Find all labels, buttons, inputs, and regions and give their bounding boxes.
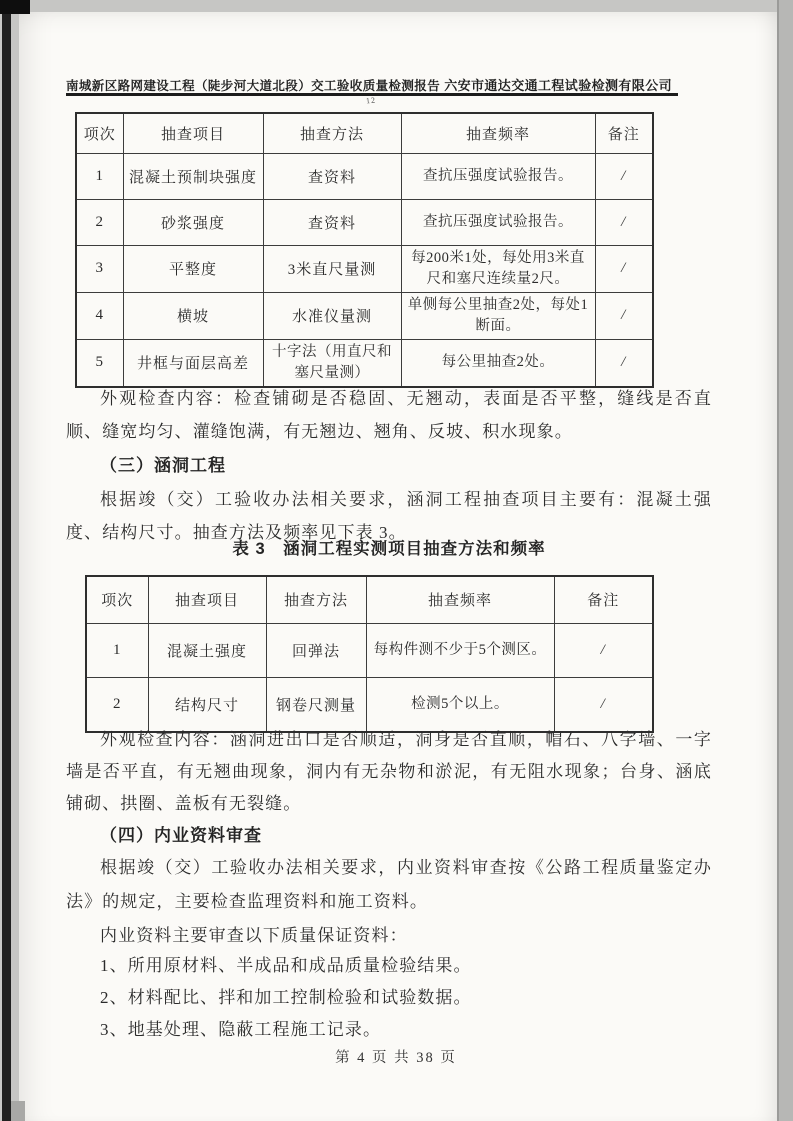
table-cell: 横坡 <box>123 292 263 339</box>
report-header-company: 六安市通达交通工程试验检测有限公司 <box>444 75 672 94</box>
page-number-footer: 第 4 页 共 38 页 <box>66 1046 726 1067</box>
table-cell: 每公里抽查2处。 <box>401 339 595 387</box>
table-cell: 2 <box>76 199 123 245</box>
table-cell: 3 <box>76 245 123 292</box>
list-item-mix-control: 2、材料配比、拌和加工控制检验和试验数据。 <box>66 981 712 1014</box>
table-cell: 查资料 <box>263 199 401 245</box>
report-header-title: 南城新区路网建设工程（陡步河大道北段）交工验收质量检测报告 <box>66 76 440 94</box>
table-cell: 1 <box>86 623 148 677</box>
table-cell: 5 <box>76 339 123 387</box>
section-heading-internal-data: （四）内业资料审查 <box>66 819 712 853</box>
table-header-row: 项次 抽查项目 抽查方法 抽查频率 备注 <box>86 576 653 623</box>
table-header-cell: 抽查频率 <box>366 576 554 623</box>
table-cell: / <box>595 245 653 292</box>
table-cell: 回弹法 <box>266 623 366 677</box>
para-internal-list-intro: 内业资料主要审查以下质量保证资料： <box>66 919 712 953</box>
table-header-cell: 项次 <box>86 576 148 623</box>
table-cell: 1 <box>76 153 123 199</box>
table-cell: 查抗压强度试验报告。 <box>401 153 595 199</box>
table-header-cell: 抽查项目 <box>148 576 266 623</box>
table-cell: 十字法（用直尺和塞尺量测） <box>263 339 401 387</box>
table-cell: 单侧每公里抽查2处，每处1断面。 <box>401 292 595 339</box>
table-header-row: 项次 抽查项目 抽查方法 抽查频率 备注 <box>76 113 653 153</box>
table-cell: / <box>595 199 653 245</box>
table-cell: 井框与面层高差 <box>123 339 263 387</box>
table-header-cell: 抽查方法 <box>263 113 401 153</box>
table-header-cell: 抽查方法 <box>266 576 366 623</box>
table-row: 5 井框与面层高差 十字法（用直尺和塞尺量测） 每公里抽查2处。 / <box>76 339 653 387</box>
pavement-sampling-table: 项次 抽查项目 抽查方法 抽查频率 备注 1 混凝土预制块强度 查资料 查抗压强… <box>75 112 654 388</box>
page-content: 南城新区路网建设工程（陡步河大道北段）交工验收质量检测报告 六安市通达交通工程试… <box>0 0 793 1121</box>
table-cell: / <box>595 292 653 339</box>
para-internal-intro: 根据竣（交）工验收办法相关要求，内业资料审查按《公路工程质量鉴定办法》的规定，主… <box>66 851 712 919</box>
list-item-foundation-records: 3、地基处理、隐蔽工程施工记录。 <box>66 1013 712 1046</box>
table-header-cell: 备注 <box>554 576 653 623</box>
table-header-cell: 抽查项目 <box>123 113 263 153</box>
table-cell: / <box>595 153 653 199</box>
scan-artifact-mark: 12 <box>366 96 377 106</box>
table-cell: 每构件测不少于5个测区。 <box>366 623 554 677</box>
para-culvert-appearance: 外观检查内容：涵洞进出口是否顺适，洞身是否直顺，帽石、八字墙、一字墙是否平直，有… <box>66 724 712 820</box>
para-pavement-appearance: 外观检查内容：检查铺砌是否稳固、无翘动，表面是否平整，缝线是否直顺、缝宽均匀、灌… <box>66 382 712 448</box>
table-cell: 查资料 <box>263 153 401 199</box>
list-item-materials: 1、所用原材料、半成品和成品质量检验结果。 <box>66 949 712 982</box>
table-cell: / <box>554 623 653 677</box>
table-cell: 混凝土强度 <box>148 623 266 677</box>
table-row: 1 混凝土预制块强度 查资料 查抗压强度试验报告。 / <box>76 153 653 199</box>
table-cell: 混凝土预制块强度 <box>123 153 263 199</box>
section-heading-culvert: （三）涵洞工程 <box>66 449 712 483</box>
table-row: 2 砂浆强度 查资料 查抗压强度试验报告。 / <box>76 199 653 245</box>
culvert-sampling-table: 项次 抽查项目 抽查方法 抽查频率 备注 1 混凝土强度 回弹法 每构件测不少于… <box>85 575 654 733</box>
table-row: 4 横坡 水准仪量测 单侧每公里抽查2处，每处1断面。 / <box>76 292 653 339</box>
table3-title: 表 3 涵洞工程实测项目抽查方法和频率 <box>66 532 712 566</box>
table-row: 3 平整度 3米直尺量测 每200米1处，每处用3米直尺和塞尺连续量2尺。 / <box>76 245 653 292</box>
table-cell: 4 <box>76 292 123 339</box>
table-cell: 3米直尺量测 <box>263 245 401 292</box>
table-header-cell: 抽查频率 <box>401 113 595 153</box>
table-cell: 砂浆强度 <box>123 199 263 245</box>
table-cell: 查抗压强度试验报告。 <box>401 199 595 245</box>
table-cell: 平整度 <box>123 245 263 292</box>
table-cell: / <box>595 339 653 387</box>
table-header-cell: 备注 <box>595 113 653 153</box>
scanned-report-page: 南城新区路网建设工程（陡步河大道北段）交工验收质量检测报告 六安市通达交通工程试… <box>0 0 793 1121</box>
table-header-cell: 项次 <box>76 113 123 153</box>
table-row: 1 混凝土强度 回弹法 每构件测不少于5个测区。 / <box>86 623 653 677</box>
table-cell: 每200米1处，每处用3米直尺和塞尺连续量2尺。 <box>401 245 595 292</box>
table-cell: 水准仪量测 <box>263 292 401 339</box>
